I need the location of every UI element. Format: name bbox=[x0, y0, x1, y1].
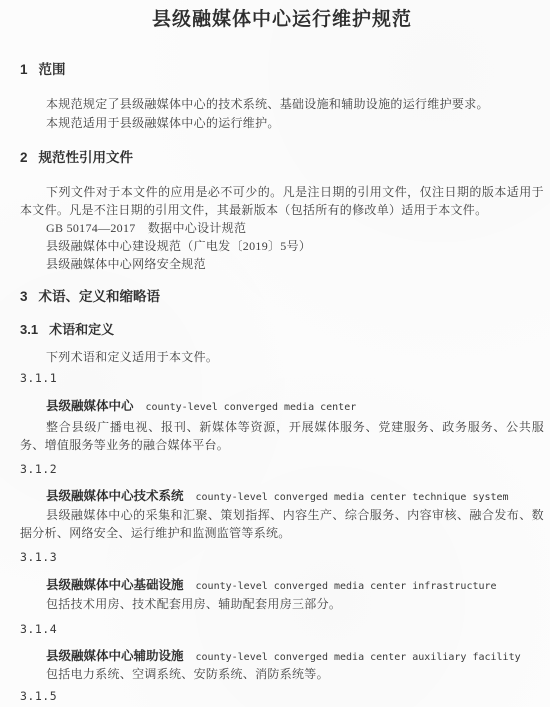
document-title: 县级融媒体中心运行维护规范 bbox=[20, 10, 544, 30]
section-3-number: 3 bbox=[20, 289, 28, 305]
clause-3-1-2: 3.1.2 县级融媒体中心技术系统county-level converged … bbox=[20, 463, 544, 542]
term-line: 县级融媒体中心基础设施county-level converged media … bbox=[20, 577, 544, 594]
clause-number: 3.1.1 bbox=[20, 372, 544, 385]
reference-item: 县级融媒体中心建设规范（广电发〔2019〕5号） bbox=[20, 237, 544, 255]
term-line: 县级融媒体中心county-level converged media cent… bbox=[20, 398, 544, 415]
clause-3-1-4: 3.1.4 县级融媒体中心辅助设施county-level converged … bbox=[20, 623, 544, 684]
section-1-paragraph: 本规范规定了县级融媒体中心的技术系统、基础设施和辅助设施的运行维护要求。 bbox=[20, 95, 544, 114]
section-2-number: 2 bbox=[20, 150, 28, 166]
term-chinese: 县级融媒体中心基础设施 bbox=[46, 578, 184, 592]
clause-number: 3.1.5 bbox=[20, 690, 544, 703]
term-english: county-level converged media center tech… bbox=[196, 492, 509, 503]
reference-item: GB 50174—2017 数据中心设计规范 bbox=[20, 219, 544, 237]
clause-number: 3.1.4 bbox=[20, 623, 544, 636]
section-3-title: 术语、定义和缩略语 bbox=[39, 289, 161, 304]
term-english: county-level converged media center bbox=[146, 402, 357, 413]
clause-3-1-5: 3.1.5 bbox=[20, 690, 544, 703]
term-chinese: 县级融媒体中心辅助设施 bbox=[46, 649, 184, 663]
section-3-1-heading: 3.1术语和定义 bbox=[20, 322, 544, 338]
reference-item: 县级融媒体中心网络安全规范 bbox=[20, 255, 544, 273]
section-2: 2规范性引用文件 下列文件对于本文件的应用是必不可少的。凡是注日期的引用文件，仅… bbox=[20, 150, 544, 273]
section-3-heading: 3术语、定义和缩略语 bbox=[20, 289, 544, 305]
section-3: 3术语、定义和缩略语 3.1术语和定义 下列术语和定义适用于本文件。 3.1.1… bbox=[20, 289, 544, 703]
term-definition: 县级融媒体中心的采集和汇聚、策划指挥、内容生产、综合服务、内容审核、融合发布、数… bbox=[20, 507, 544, 542]
section-2-paragraph: 下列文件对于本文件的应用是必不可少的。凡是注日期的引用文件，仅注日期的版本适用于… bbox=[20, 183, 544, 219]
term-line: 县级融媒体中心辅助设施county-level converged media … bbox=[20, 648, 544, 665]
section-3-1-number: 3.1 bbox=[20, 322, 38, 338]
section-1-heading: 1范围 bbox=[20, 62, 544, 78]
section-1-title: 范围 bbox=[39, 62, 66, 77]
clause-3-1-3: 3.1.3 县级融媒体中心基础设施county-level converged … bbox=[20, 551, 544, 614]
term-chinese: 县级融媒体中心技术系统 bbox=[46, 489, 184, 503]
section-1: 1范围 本规范规定了县级融媒体中心的技术系统、基础设施和辅助设施的运行维护要求。… bbox=[20, 62, 544, 133]
section-1-number: 1 bbox=[20, 62, 28, 78]
term-definition: 包括电力系统、空调系统、安防系统、消防系统等。 bbox=[20, 666, 544, 684]
section-2-heading: 2规范性引用文件 bbox=[20, 150, 544, 166]
clause-3-1-1: 3.1.1 县级融媒体中心county-level converged medi… bbox=[20, 372, 544, 454]
term-definition: 整合县级广播电视、报刊、新媒体等资源，开展媒体服务、党建服务、政务服务、公共服务… bbox=[20, 419, 544, 454]
term-line: 县级融媒体中心技术系统county-level converged media … bbox=[20, 488, 544, 505]
term-chinese: 县级融媒体中心 bbox=[46, 399, 134, 413]
clause-number: 3.1.2 bbox=[20, 463, 544, 476]
section-2-title: 规范性引用文件 bbox=[39, 150, 134, 165]
term-english: county-level converged media center auxi… bbox=[196, 652, 521, 663]
term-english: county-level converged media center infr… bbox=[196, 581, 497, 592]
section-1-paragraph: 本规范适用于县级融媒体中心的运行维护。 bbox=[20, 114, 544, 133]
document-page: 县级融媒体中心运行维护规范 1范围 本规范规定了县级融媒体中心的技术系统、基础设… bbox=[0, 0, 550, 707]
terms-intro: 下列术语和定义适用于本文件。 bbox=[20, 348, 544, 366]
section-3-1-title: 术语和定义 bbox=[49, 322, 114, 337]
clause-number: 3.1.3 bbox=[20, 551, 544, 564]
term-definition: 包括技术用房、技术配套用房、辅助配套用房三部分。 bbox=[20, 596, 544, 614]
